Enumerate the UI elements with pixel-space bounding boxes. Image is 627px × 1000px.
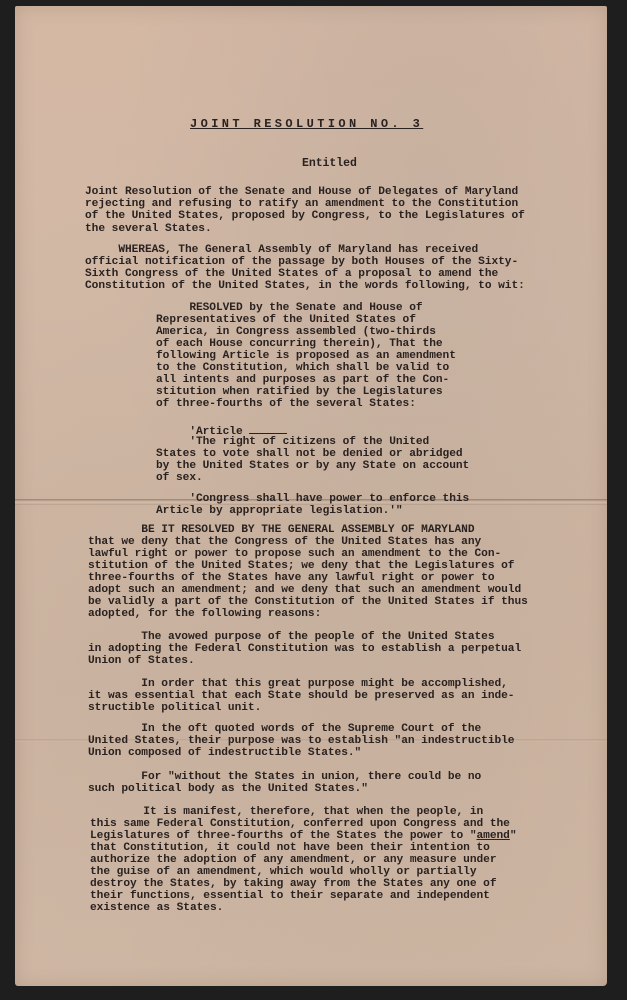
text-line: Union of States. [88,655,195,668]
text-line: States to vote shall not be denied or ab… [156,448,463,461]
document-page: JOINT RESOLUTION NO. 3 Entitled Joint Re… [15,6,607,986]
text-line: adopted, for the following reasons: [88,608,321,621]
text-line: that Constitution, it could not have bee… [90,842,490,855]
text-line: all intents and purposes as part of the … [156,374,449,387]
text-line: stitution when ratified by the Legislatu… [156,386,443,399]
document-subtitle: Entitled [302,158,357,171]
document-title: JOINT RESOLUTION NO. 3 [190,118,423,131]
emphasized-word: amend [477,830,510,842]
text-line: be validly a part of the Constitution of… [88,596,528,609]
article-number-blank [249,424,287,434]
text-line: destroy the States, by taking away from … [90,878,496,891]
text-line: their functions, essential to their sepa… [90,890,490,903]
text-line: BE IT RESOLVED BY THE GENERAL ASSEMBLY O… [88,524,475,537]
text-line: In order that this great purpose might b… [88,678,508,691]
text-line: Union composed of indestructible States.… [88,747,361,760]
text-line: existence as States. [90,902,223,915]
text-line: this same Federal Constitution, conferre… [90,818,510,831]
text-line: 'Congress shall have power to enforce th… [156,493,469,506]
text-line: lawful right or power to propose such an… [88,548,501,561]
text-segment: " [510,830,517,842]
text-line: America, in Congress assembled (two-thir… [156,326,436,339]
text-line: to the Constitution, which shall be vali… [156,362,449,375]
text-line: the several States. [85,223,212,236]
text-line: it was essential that each State should … [88,690,514,703]
text-line: It is manifest, therefore, that when the… [90,806,483,819]
text-line: rejecting and refusing to ratify an amen… [85,198,518,211]
text-line: by the United States or by any State on … [156,460,469,473]
text-line: For "without the States in union, there … [88,771,481,784]
text-line: Joint Resolution of the Senate and House… [85,186,518,199]
text-line: three-fourths of the States have any law… [88,572,494,585]
text-line: In the oft quoted words of the Supreme C… [88,723,481,736]
text-line: 'The right of citizens of the United [156,436,429,449]
text-line: WHEREAS, The General Assembly of Marylan… [85,244,478,257]
text-segment: Legislatures of three-fourths of the Sta… [90,830,477,842]
text-line: Representatives of the United States of [156,314,416,327]
text-line: structible political unit. [88,702,261,715]
text-line: that we deny that the Congress of the Un… [88,536,481,549]
text-line: of sex. [156,472,203,485]
text-line: Legislatures of three-fourths of the Sta… [90,830,517,843]
text-line: Article by appropriate legislation.'" [156,505,403,518]
text-line: authorize the adoption of any amendment,… [90,854,496,867]
text-line: the guise of an amendment, which would w… [90,866,477,879]
text-line: The avowed purpose of the people of the … [88,631,494,644]
text-line: Sixth Congress of the United States of a… [85,268,498,281]
text-line: such political body as the United States… [88,783,368,796]
text-line: following Article is proposed as an amen… [156,350,456,363]
text-line: adopt such an amendment; and we deny tha… [88,584,521,597]
text-line: of three-fourths of the several States: [156,398,416,411]
text-line: United States, their purpose was to esta… [88,735,514,748]
text-line: of the United States, proposed by Congre… [85,210,525,223]
text-line: official notification of the passage by … [85,256,518,269]
text-line: in adopting the Federal Constitution was… [88,643,521,656]
text-line: of each House concurring therein), That … [156,338,443,351]
text-line: Constitution of the United States, in th… [85,280,525,293]
text-line: RESOLVED by the Senate and House of [156,302,423,315]
text-line: stitution of the United States; we deny … [88,560,514,573]
